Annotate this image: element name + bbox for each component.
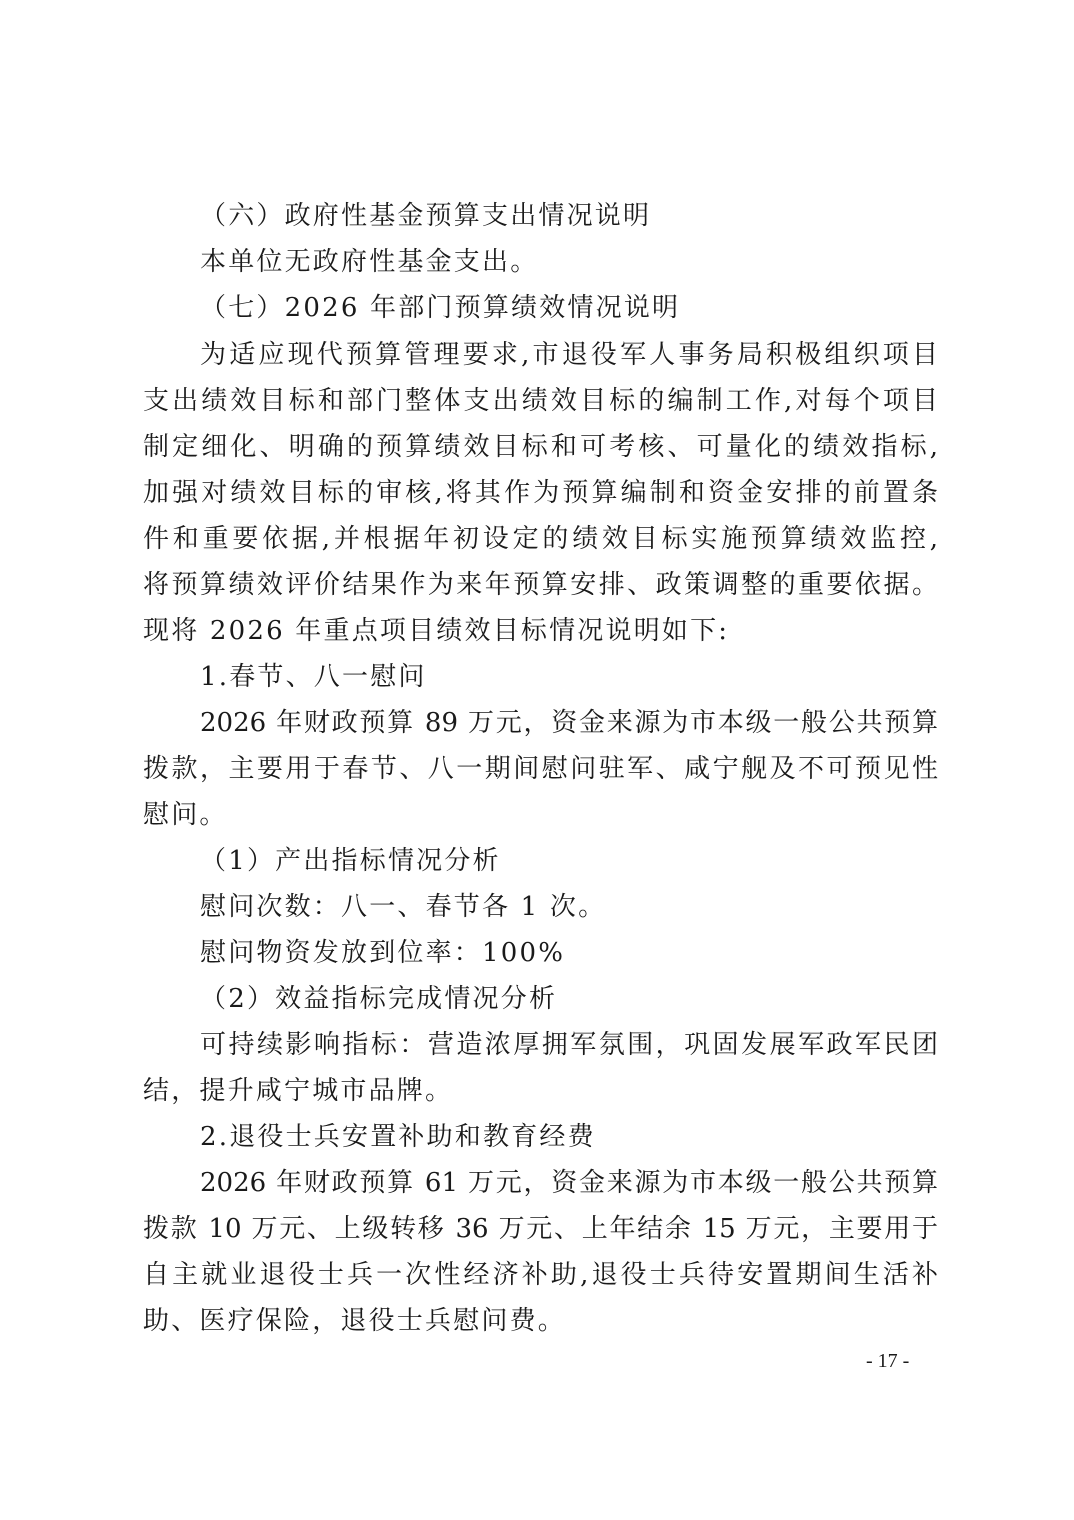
paragraph-line: 制定细化、明确的预算绩效目标和可考核、可量化的绩效指标, [143, 425, 938, 469]
section-heading-7: （七）2026 年部门预算绩效情况说明 [200, 286, 1000, 330]
page-number: - 17 - [866, 1350, 909, 1373]
sub-heading-benefit: （2）效益指标完成情况分析 [200, 977, 1000, 1021]
paragraph-line: 为适应现代预算管理要求,市退役军人事务局积极组织项目 [200, 333, 938, 377]
paragraph: 本单位无政府性基金支出。 [200, 240, 1000, 284]
item-heading-2: 2.退役士兵安置补助和教育经费 [200, 1115, 1000, 1159]
paragraph-line: 慰问次数：八一、春节各 1 次。 [200, 885, 1000, 929]
paragraph-line: 加强对绩效目标的审核,将其作为预算编制和资金安排的前置条 [143, 471, 938, 515]
paragraph-line: 支出绩效目标和部门整体支出绩效目标的编制工作,对每个项目 [143, 379, 938, 423]
sub-heading-output: （1）产出指标情况分析 [200, 839, 1000, 883]
paragraph-line: 拨款，主要用于春节、八一期间慰问驻军、咸宁舰及不可预见性 [143, 747, 938, 791]
section-heading-6: （六）政府性基金预算支出情况说明 [200, 194, 1000, 238]
paragraph-line: 件和重要依据,并根据年初设定的绩效目标实施预算绩效监控, [143, 517, 938, 561]
paragraph-line: 2026 年财政预算 61 万元，资金来源为市本级一般公共预算 [200, 1161, 938, 1205]
item-heading-1: 1.春节、八一慰问 [200, 655, 1000, 699]
paragraph-line: 自主就业退役士兵一次性经济补助,退役士兵待安置期间生活补 [143, 1253, 938, 1297]
paragraph-line: 2026 年财政预算 89 万元，资金来源为市本级一般公共预算 [200, 701, 938, 745]
paragraph-line: 现将 2026 年重点项目绩效目标情况说明如下: [143, 609, 943, 653]
paragraph-line: 拨款 10 万元、上级转移 36 万元、上年结余 15 万元，主要用于 [143, 1207, 938, 1251]
paragraph-line: 将预算绩效评价结果作为来年预算安排、政策调整的重要依据。 [143, 563, 938, 607]
paragraph-line: 结，提升咸宁城市品牌。 [143, 1069, 943, 1113]
paragraph-line: 助、医疗保险，退役士兵慰问费。 [143, 1299, 943, 1343]
paragraph-line: 慰问物资发放到位率：100% [200, 931, 1000, 975]
paragraph-line: 慰问。 [143, 793, 943, 837]
document-page: （六）政府性基金预算支出情况说明 本单位无政府性基金支出。 （七）2026 年部… [0, 0, 1074, 1520]
paragraph-line: 可持续影响指标：营造浓厚拥军氛围，巩固发展军政军民团 [200, 1023, 938, 1067]
